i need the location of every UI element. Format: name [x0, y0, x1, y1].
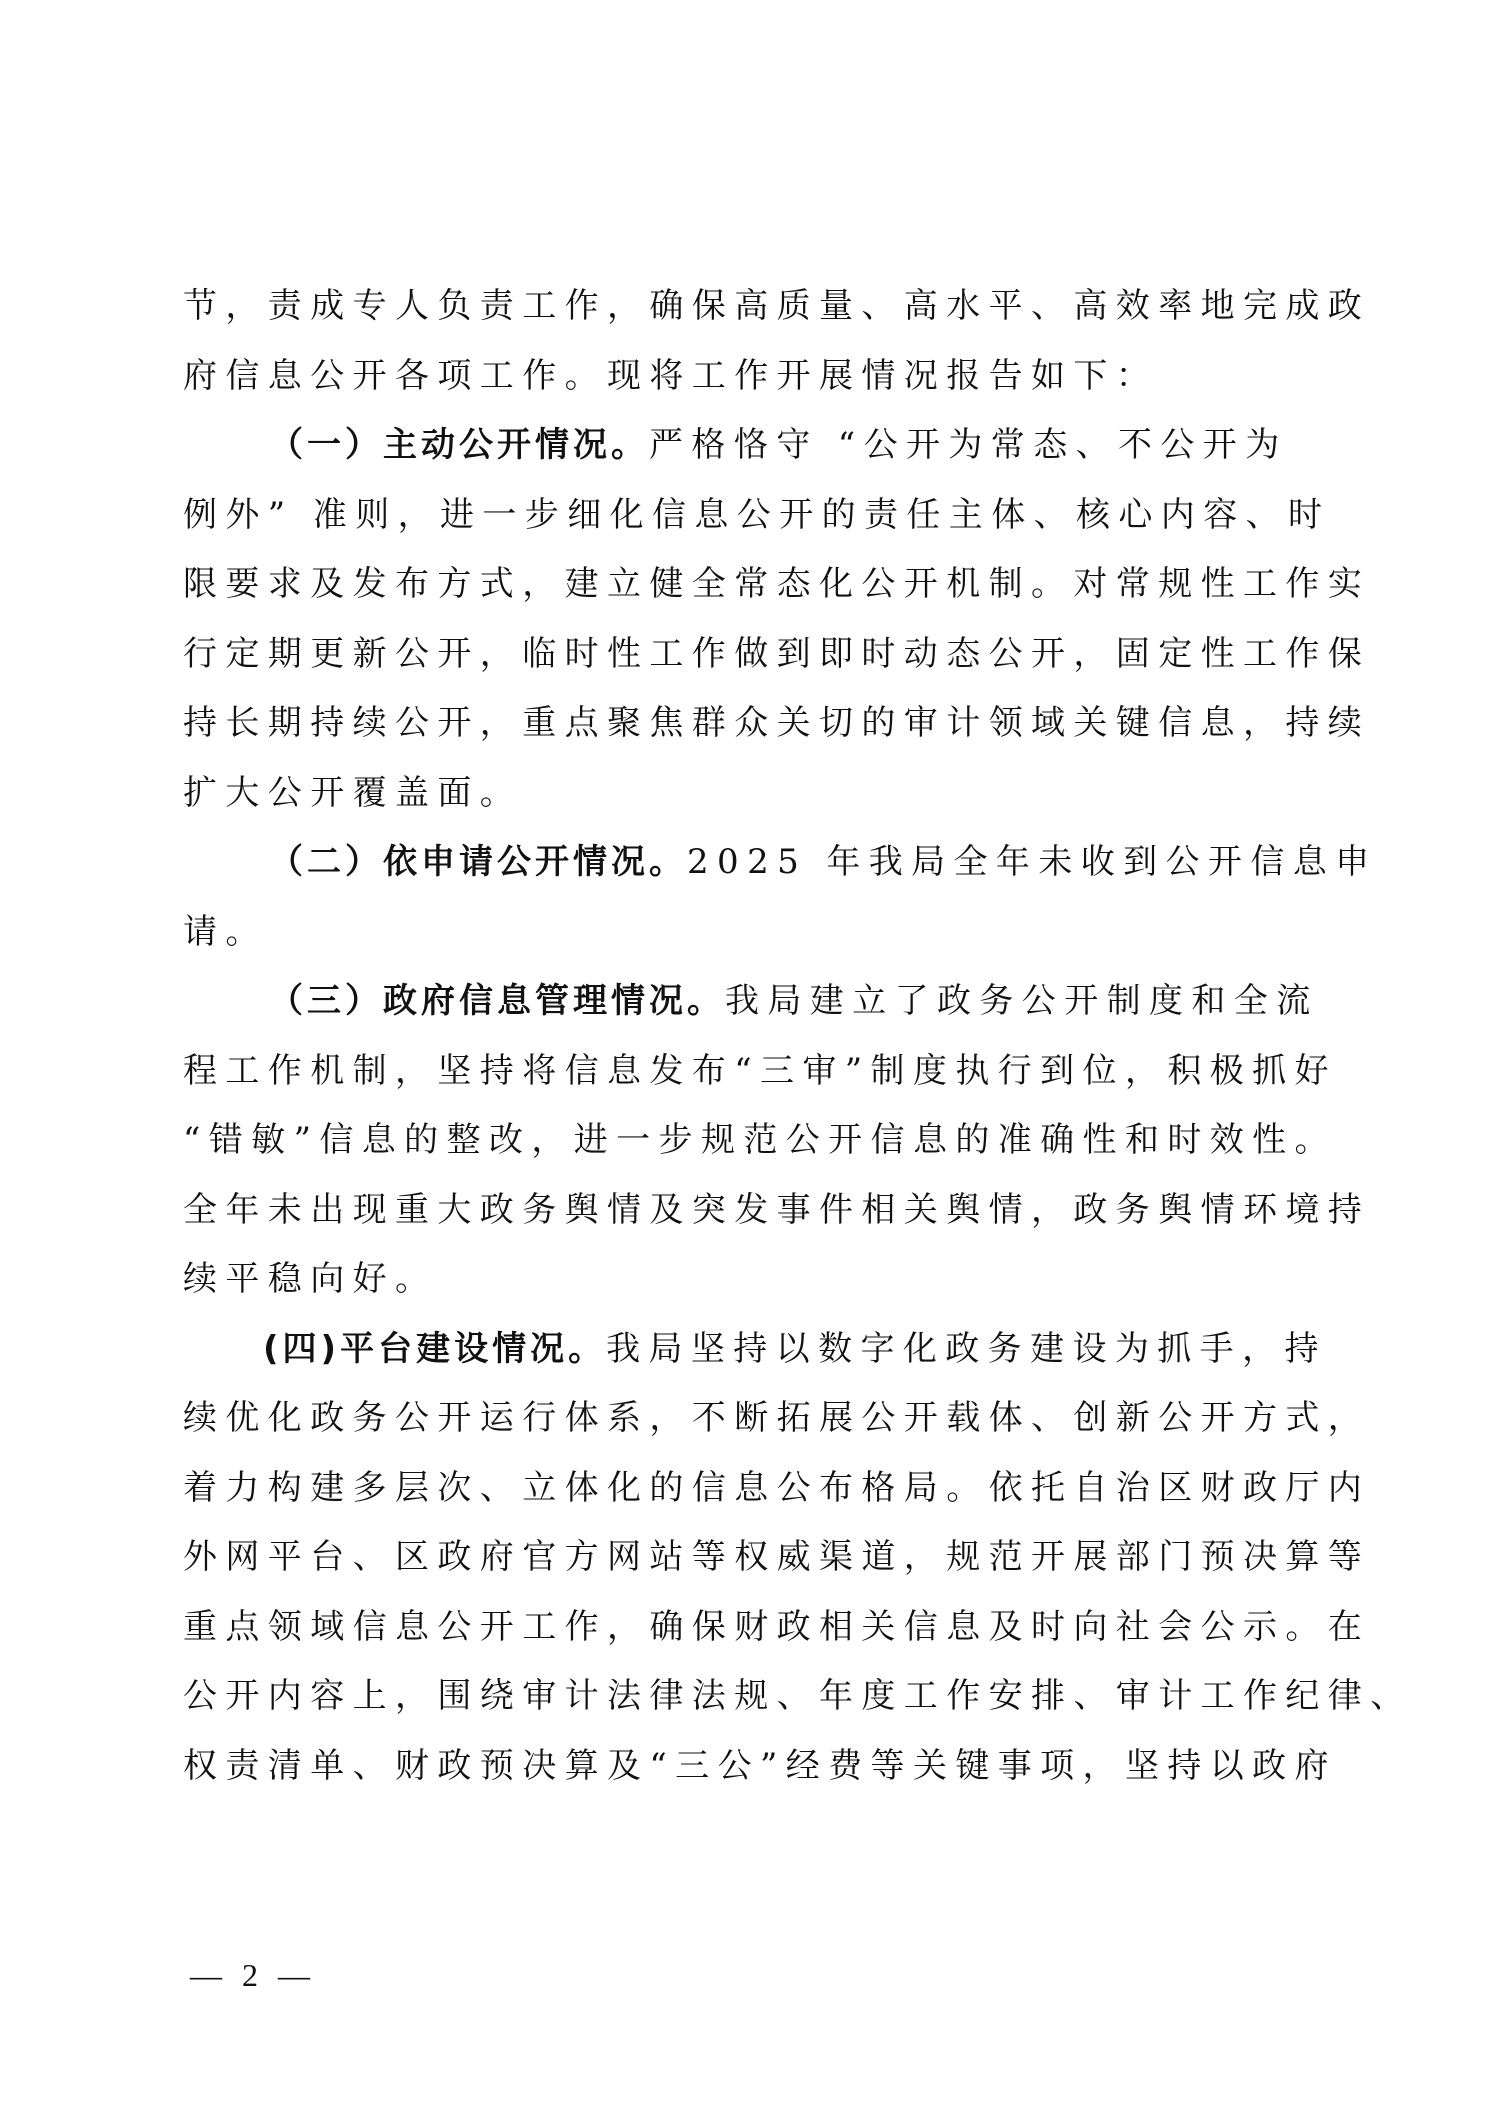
page-number-value: 2 — [242, 1957, 258, 1993]
text-line: 公开内容上，围绕审计法律法规、年度工作安排、审计工作纪律、 — [183, 1662, 1303, 1732]
line-text: “错敏”信息的整改，进一步规范公开信息的准确性和时效性。 — [183, 1120, 1337, 1160]
page-number: —2— — [190, 1955, 310, 1995]
line-text: 我局建立了政务公开制度和全流 — [725, 981, 1319, 1021]
line-text: 限要求及发布方式，建立健全常态化公开机制。对常规性工作实 — [183, 564, 1370, 604]
text-line: 节，责成专人负责工作，确保高质量、高水平、高效率地完成政 — [183, 272, 1303, 342]
text-line: 例外” 准则，进一步细化信息公开的责任主体、核心内容、时 — [183, 481, 1303, 551]
line-text: 程工作机制，坚持将信息发布“三审”制度执行到位，积极抓好 — [183, 1051, 1337, 1091]
text-line: 续优化政务公开运行体系，不断拓展公开载体、创新公开方式， — [183, 1384, 1303, 1454]
section-heading-1: （一）主动公开情况。 — [269, 425, 649, 465]
text-line: 限要求及发布方式，建立健全常态化公开机制。对常规性工作实 — [183, 550, 1303, 620]
line-text: 续平稳向好。 — [183, 1259, 437, 1299]
line-text: 全年未出现重大政务舆情及突发事件相关舆情，政务舆情环境持 — [183, 1190, 1370, 1230]
text-line: 程工作机制，坚持将信息发布“三审”制度执行到位，积极抓好 — [183, 1037, 1303, 1107]
line-text: 重点领域信息公开工作，确保财政相关信息及时向社会公示。在 — [183, 1607, 1370, 1647]
document-page: 节，责成专人负责工作，确保高质量、高水平、高效率地完成政 府信息公开各项工作。现… — [0, 0, 1486, 2103]
line-text: 2025 年我局全年未收到公开信息申 — [687, 842, 1378, 882]
text-line: 府信息公开各项工作。现将工作开展情况报告如下： — [183, 342, 1303, 412]
body-text: 节，责成专人负责工作，确保高质量、高水平、高效率地完成政 府信息公开各项工作。现… — [183, 272, 1303, 1801]
line-text: 权责清单、财政预决算及“三公”经费等关键事项，坚持以政府 — [183, 1746, 1337, 1786]
line-text: 例外” 准则，进一步细化信息公开的责任主体、核心内容、时 — [183, 495, 1330, 535]
section-3-first-line: （三）政府信息管理情况。我局建立了政务公开制度和全流 — [183, 967, 1303, 1037]
line-text: 行定期更新公开，临时性工作做到即时动态公开，固定性工作保 — [183, 634, 1370, 674]
text-line: 全年未出现重大政务舆情及突发事件相关舆情，政务舆情环境持 — [183, 1176, 1303, 1246]
section-1-first-line: （一）主动公开情况。严格恪守 “公开为常态、不公开为 — [183, 411, 1303, 481]
section-heading-4: (四)平台建设情况。 — [263, 1329, 606, 1369]
line-text: 请。 — [183, 912, 268, 952]
line-text: 节，责成专人负责工作，确保高质量、高水平、高效率地完成政 — [183, 286, 1370, 326]
text-line: 请。 — [183, 898, 1303, 968]
line-text: 着力构建多层次、立体化的信息公布格局。依托自治区财政厅内 — [183, 1468, 1370, 1508]
text-line: 重点领域信息公开工作，确保财政相关信息及时向社会公示。在 — [183, 1593, 1303, 1663]
text-line: 续平稳向好。 — [183, 1245, 1303, 1315]
line-text: 扩大公开覆盖面。 — [183, 773, 522, 813]
section-4-first-line: (四)平台建设情况。我局坚持以数字化政务建设为抓手，持 — [183, 1315, 1303, 1385]
section-heading-3: （三）政府信息管理情况。 — [269, 981, 725, 1021]
line-text: 外网平台、区政府官方网站等权威渠道，规范开展部门预决算等 — [183, 1537, 1370, 1577]
line-text: 我局坚持以数字化政务建设为抓手，持 — [606, 1329, 1327, 1369]
text-line: 权责清单、财政预决算及“三公”经费等关键事项，坚持以政府 — [183, 1732, 1303, 1802]
section-2-first-line: （二）依申请公开情况。2025 年我局全年未收到公开信息申 — [183, 828, 1303, 898]
text-line: 外网平台、区政府官方网站等权威渠道，规范开展部门预决算等 — [183, 1523, 1303, 1593]
text-line: 持长期持续公开，重点聚焦群众关切的审计领域关键信息，持续 — [183, 689, 1303, 759]
line-text: 续优化政务公开运行体系，不断拓展公开载体、创新公开方式， — [183, 1398, 1370, 1438]
page-number-left-dash: — — [190, 1957, 222, 1993]
line-text: 府信息公开各项工作。现将工作开展情况报告如下： — [183, 356, 1158, 396]
line-text: 公开内容上，围绕审计法律法规、年度工作安排、审计工作纪律、 — [183, 1676, 1413, 1716]
line-text: 持长期持续公开，重点聚焦群众关切的审计领域关键信息，持续 — [183, 703, 1370, 743]
line-text: 严格恪守 “公开为常态、不公开为 — [649, 425, 1288, 465]
text-line: 着力构建多层次、立体化的信息公布格局。依托自治区财政厅内 — [183, 1454, 1303, 1524]
text-line: “错敏”信息的整改，进一步规范公开信息的准确性和时效性。 — [183, 1106, 1303, 1176]
text-line: 行定期更新公开，临时性工作做到即时动态公开，固定性工作保 — [183, 620, 1303, 690]
section-heading-2: （二）依申请公开情况。 — [269, 842, 687, 882]
page-number-right-dash: — — [278, 1957, 310, 1993]
text-line: 扩大公开覆盖面。 — [183, 759, 1303, 829]
